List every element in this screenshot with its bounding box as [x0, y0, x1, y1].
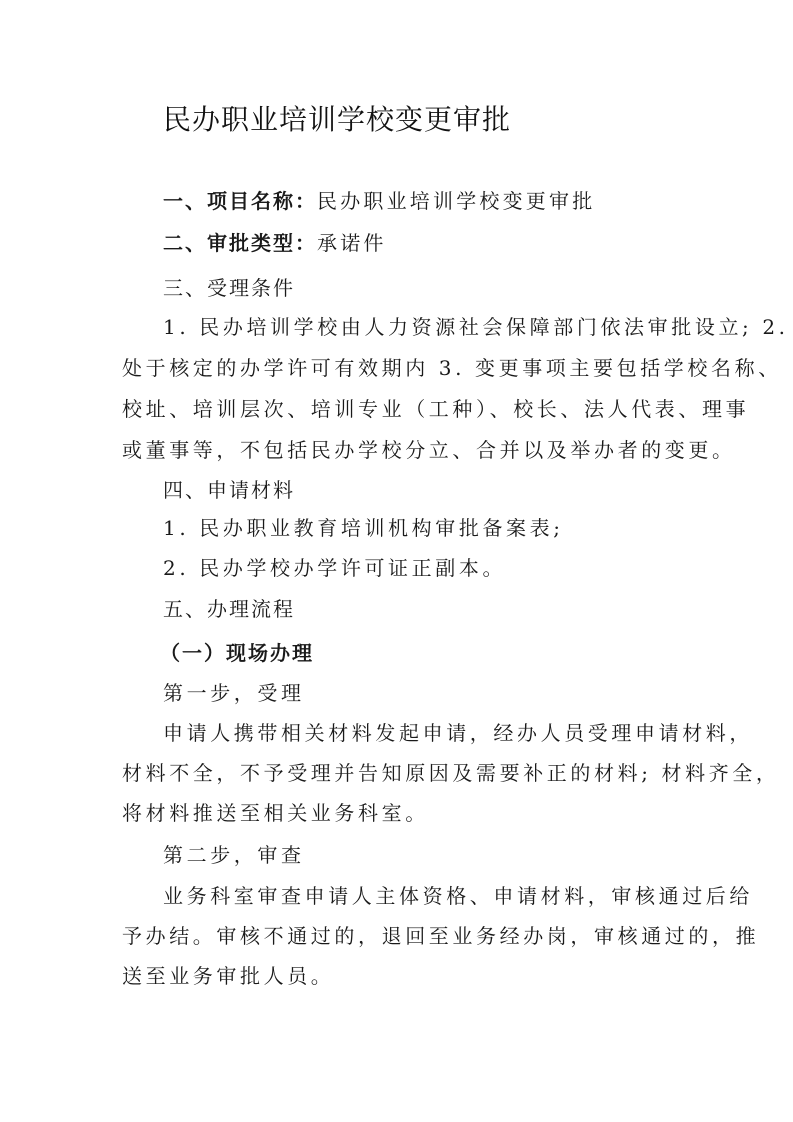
step-review-line: 予办结。审核不通过的，退回至业务经办岗，审核通过的，推	[122, 923, 712, 949]
document-title: 民办职业培训学校变更审批	[163, 100, 511, 140]
step-acceptance-line: 将材料推送至相关业务科室。	[122, 800, 712, 826]
acceptance-conditions-line: 1. 民办培训学校由人力资源社会保障部门依法审批设立; 2.	[163, 314, 753, 340]
step-title-review: 第二步，审查	[163, 842, 753, 868]
subheading-onsite-processing: （一）现场办理	[160, 640, 750, 666]
item-name-row: 一、项目名称：民办职业培训学校变更审批	[163, 188, 753, 214]
section-heading-process: 五、办理流程	[163, 596, 753, 622]
acceptance-conditions-line: 校址、培训层次、培训专业（工种）、校长、法人代表、理事	[122, 396, 712, 422]
acceptance-conditions-line: 处于核定的办学许可有效期内 3. 变更事项主要包括学校名称、	[122, 355, 712, 381]
application-material-item: 1. 民办职业教育培训机构审批备案表;	[163, 515, 753, 541]
step-review-line: 业务科室审查申请人主体资格、申请材料，审核通过后给	[163, 883, 753, 909]
section-heading-acceptance-conditions: 三、受理条件	[163, 275, 753, 301]
step-title-acceptance: 第一步，受理	[163, 680, 753, 706]
document-page: 民办职业培训学校变更审批 一、项目名称：民办职业培训学校变更审批 二、审批类型：…	[0, 0, 793, 1122]
step-acceptance-line: 材料不全，不予受理并告知原因及需要补正的材料; 材料齐全，	[122, 760, 712, 786]
section-heading-application-materials: 四、申请材料	[163, 477, 753, 503]
approval-type-value: 承诺件	[317, 231, 387, 255]
step-review-line: 送至业务审批人员。	[122, 963, 712, 989]
approval-type-label: 二、审批类型：	[163, 231, 317, 255]
application-material-item: 2. 民办学校办学许可证正副本。	[163, 555, 753, 581]
approval-type-row: 二、审批类型：承诺件	[163, 230, 753, 256]
step-acceptance-line: 申请人携带相关材料发起申请，经办人员受理申请材料，	[163, 720, 753, 746]
item-name-value: 民办职业培训学校变更审批	[317, 189, 595, 213]
acceptance-conditions-line: 或董事等，不包括民办学校分立、合并以及举办者的变更。	[122, 437, 712, 463]
item-name-label: 一、项目名称：	[163, 189, 317, 213]
